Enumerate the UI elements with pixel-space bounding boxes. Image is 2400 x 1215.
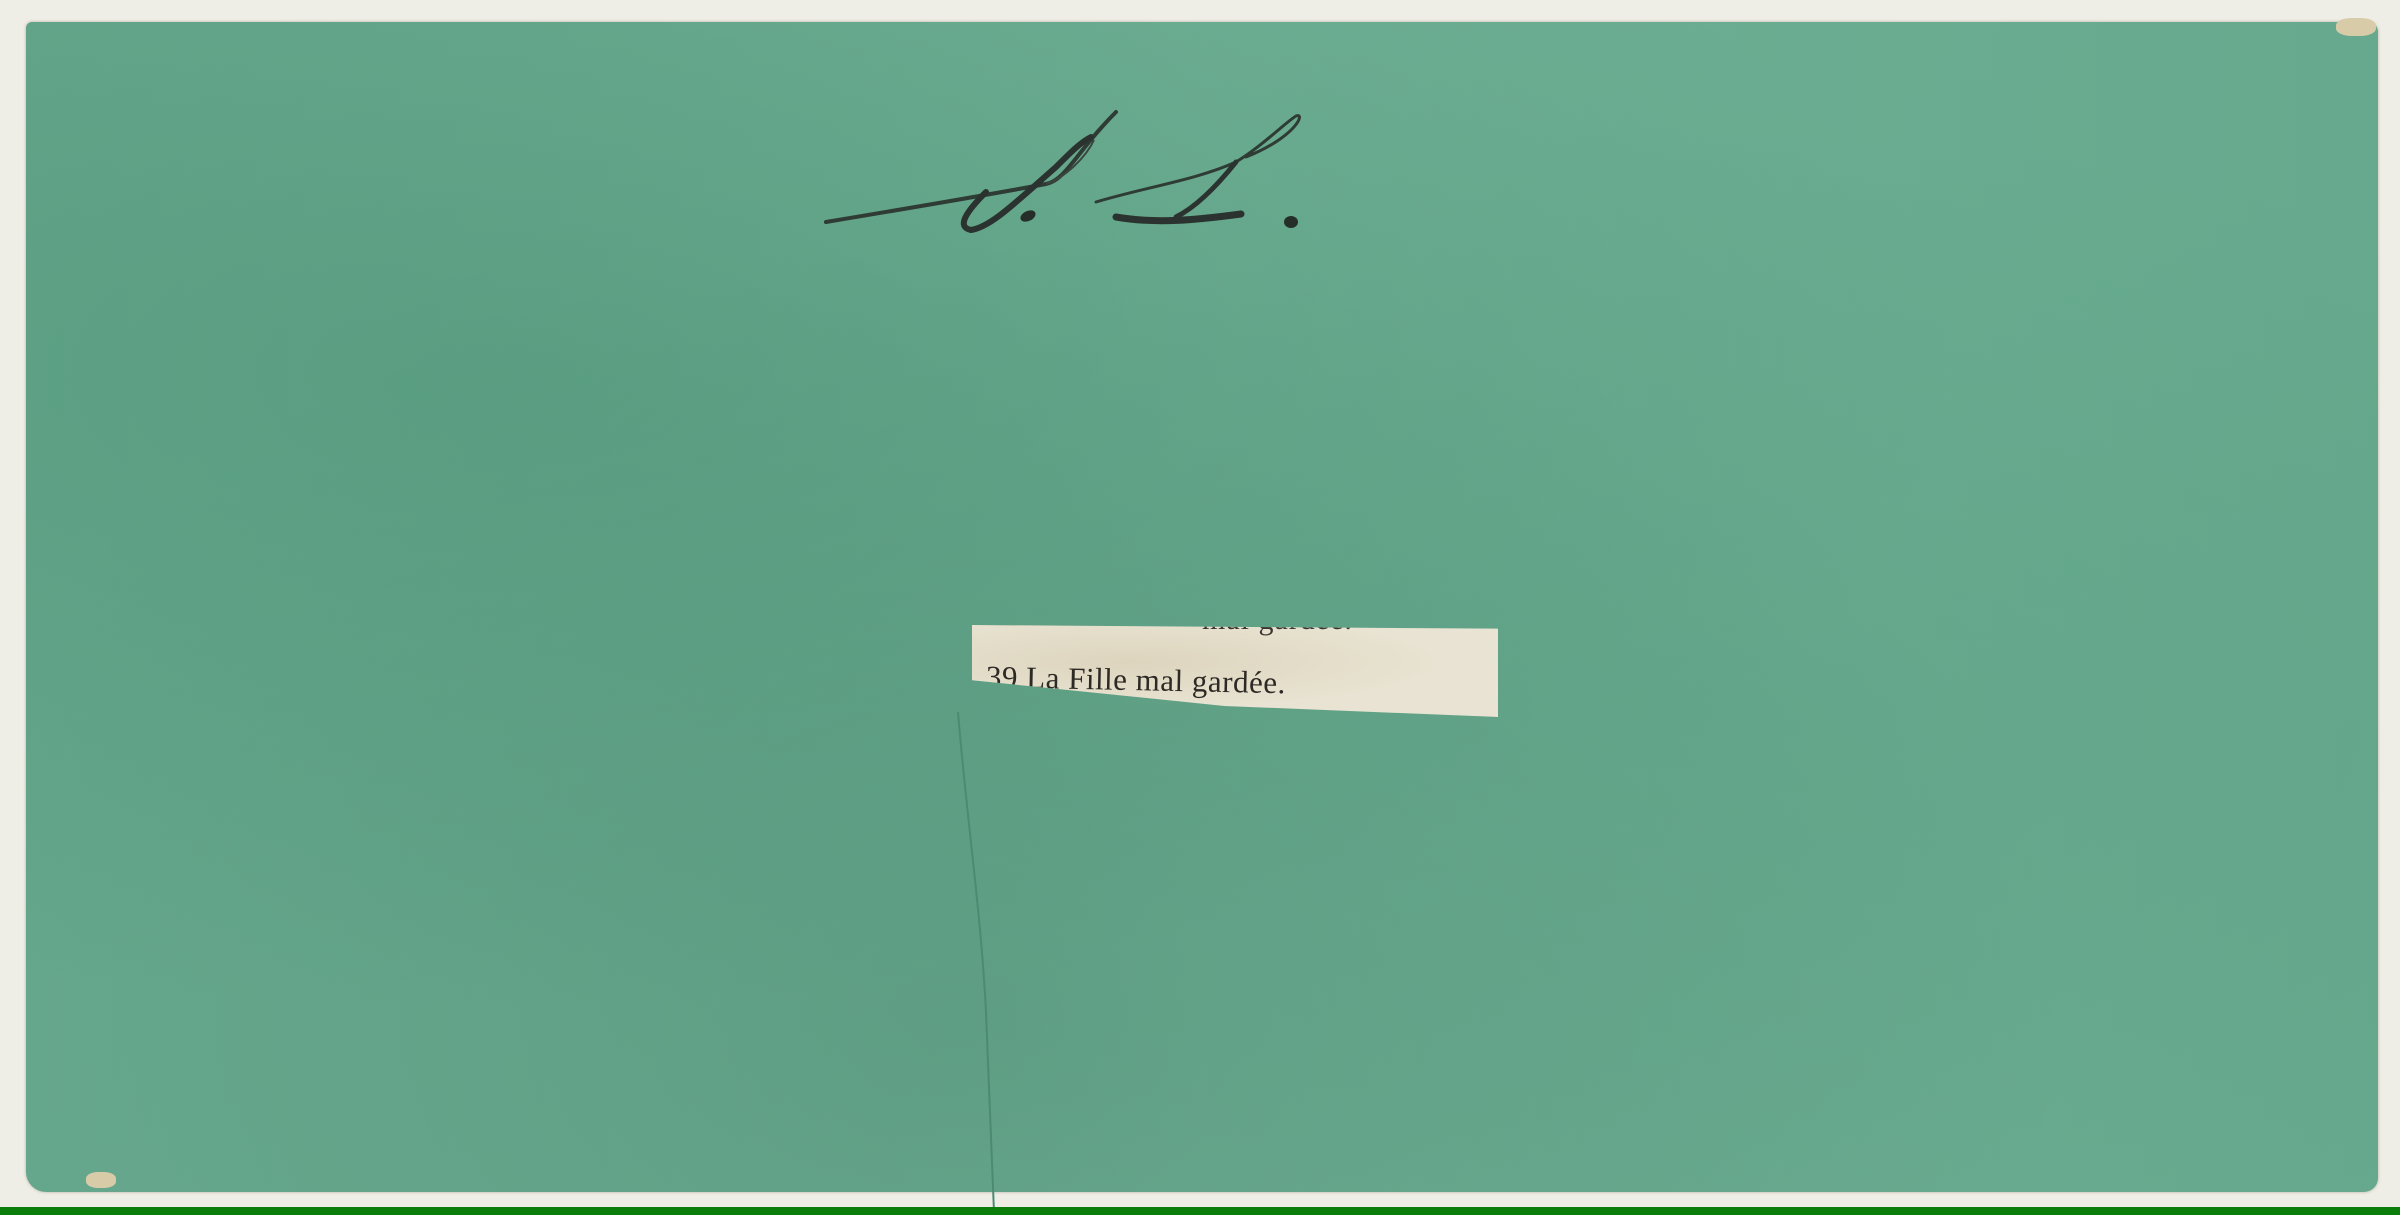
corner-wear-top-right	[2336, 18, 2376, 36]
label-title-text: 39 La Fille mal gardée.	[986, 659, 1287, 701]
handwritten-initials: S. L.	[816, 92, 1316, 242]
label-cut-text: mal gardée.	[1202, 603, 1353, 637]
bottom-bar	[0, 1207, 2400, 1215]
stereoview-card-back: S. L. mal gardée. 39 La Fille mal gardée…	[26, 22, 2378, 1192]
corner-wear-bottom-left	[86, 1172, 116, 1188]
printed-title-label: mal gardée. 39 La Fille mal gardée.	[972, 625, 1498, 717]
surface-crack	[956, 712, 1036, 1212]
